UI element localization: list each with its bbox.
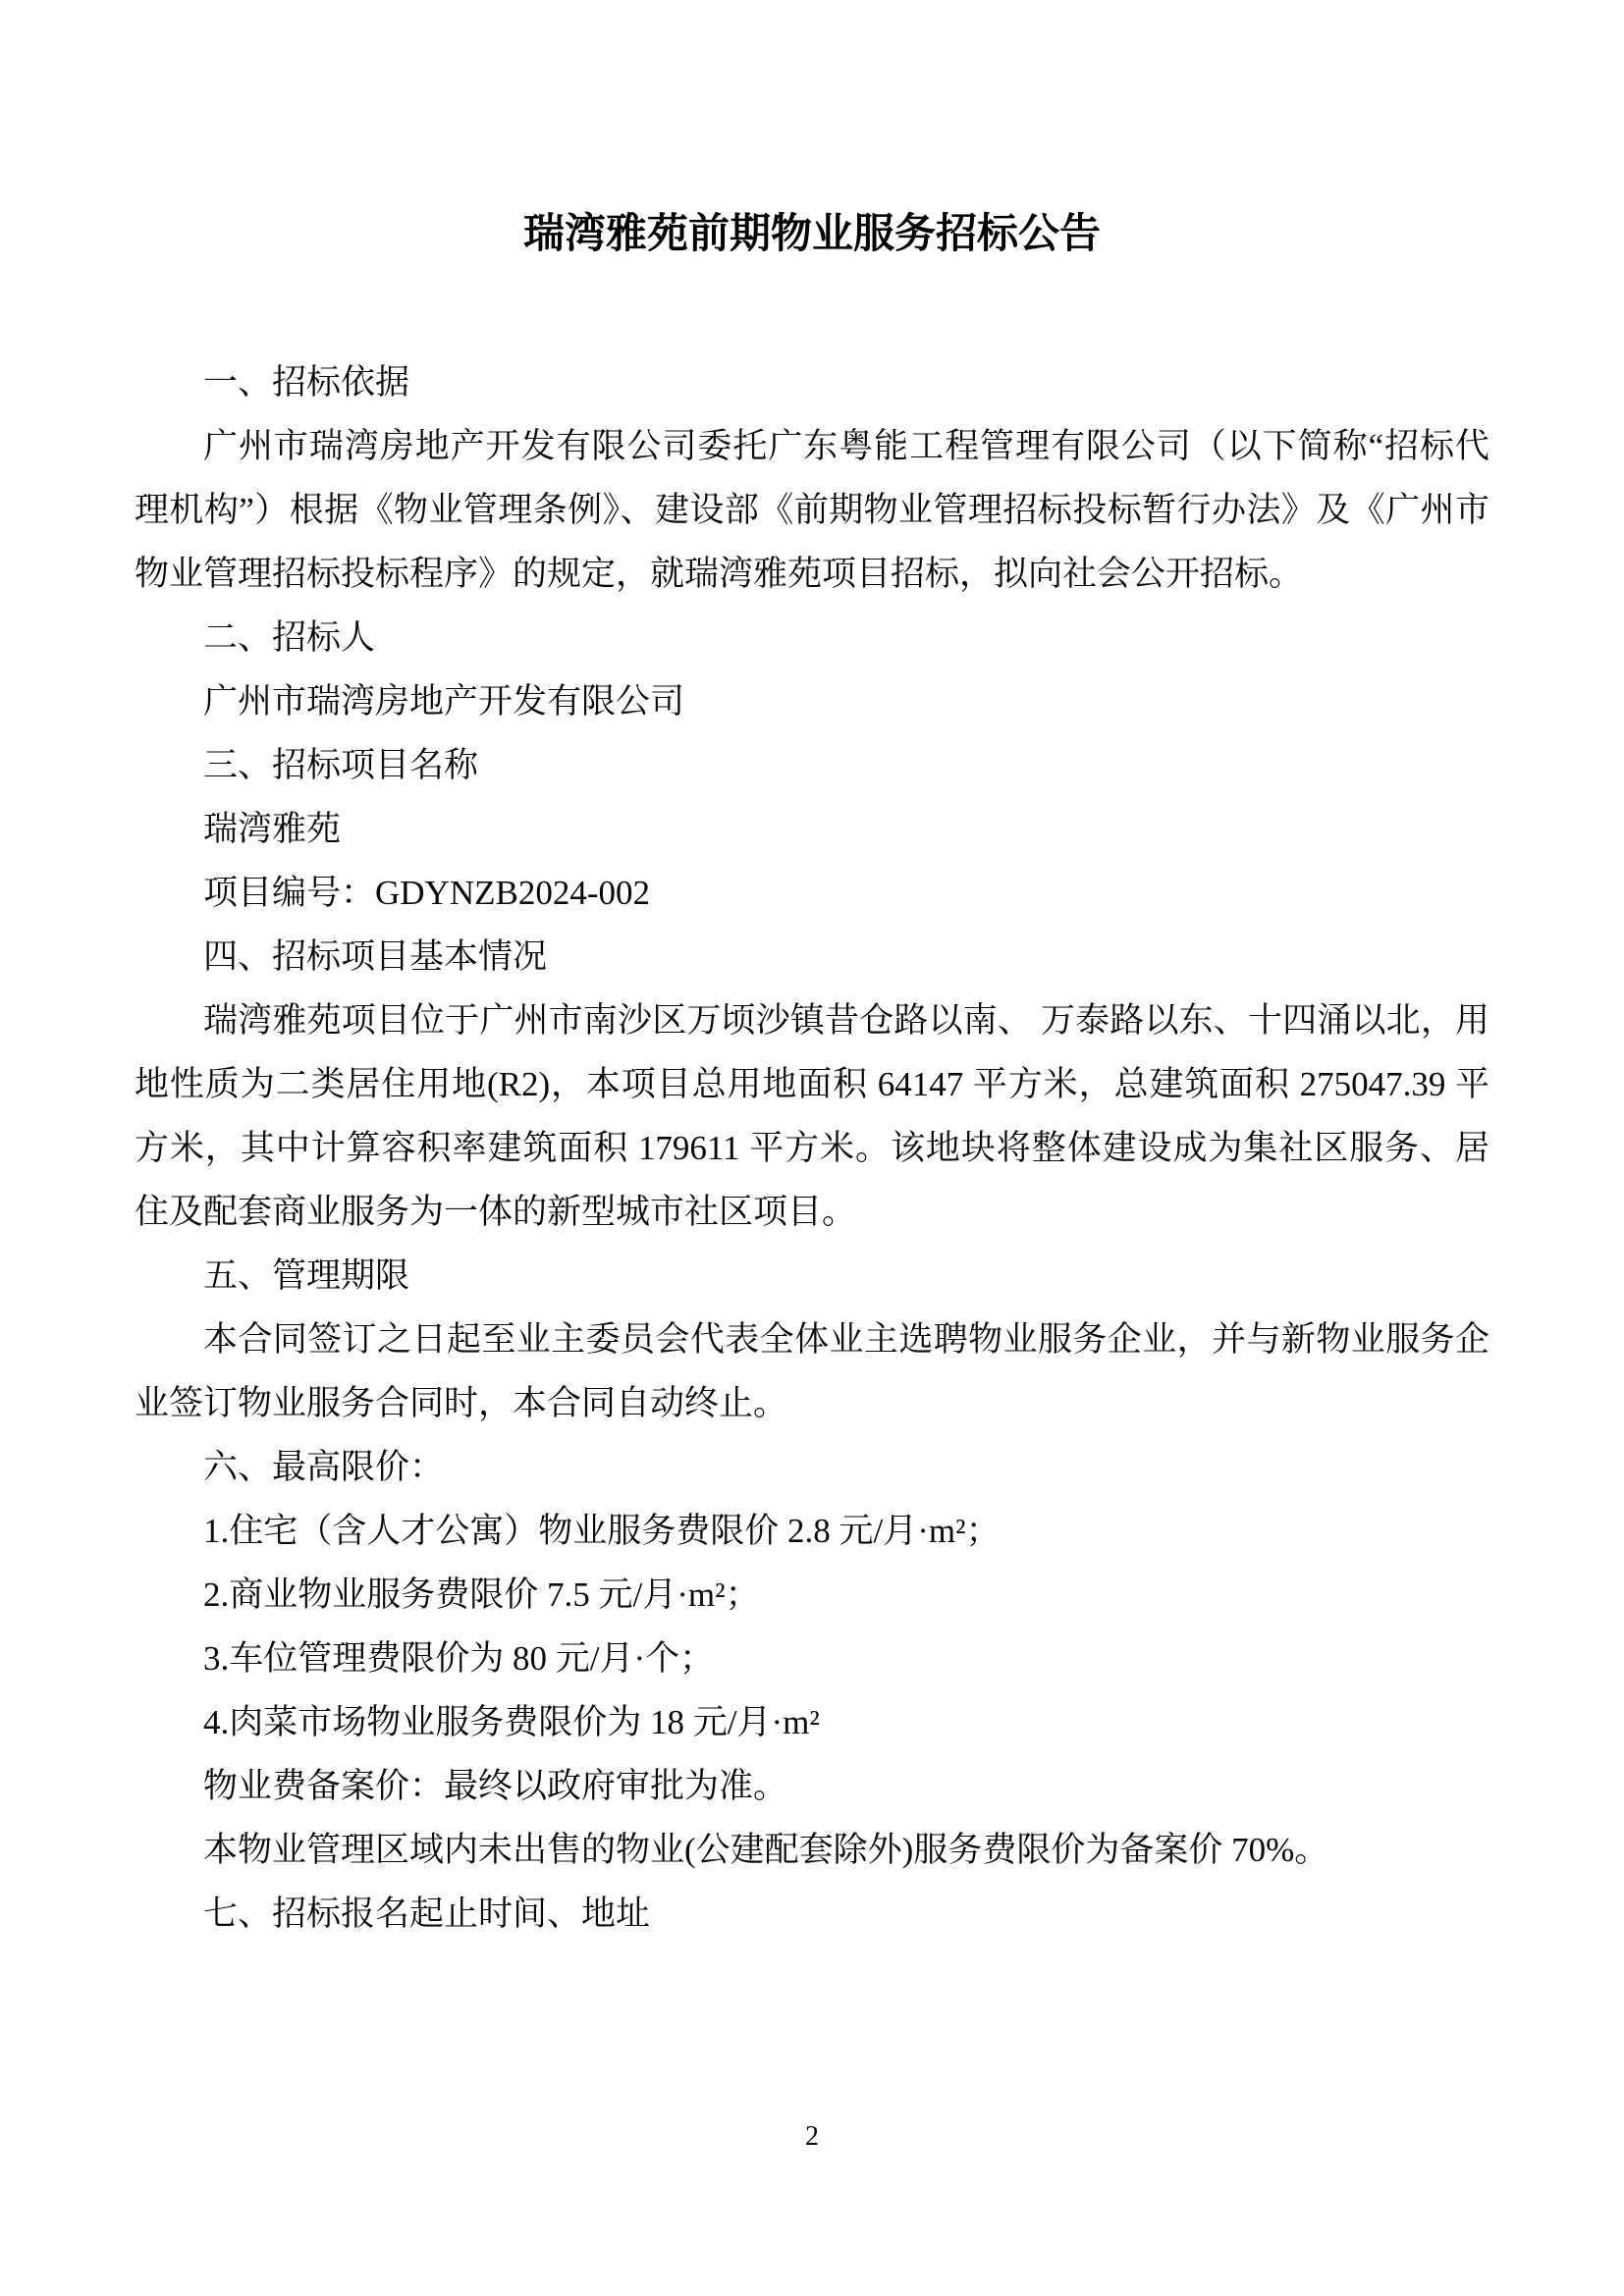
- paragraph-unsold-property-note: 本物业管理区域内未出售的物业(公建配套除外)服务费限价为备案价 70%。: [135, 1818, 1489, 1882]
- section-2-heading-tenderer: 二、招标人: [135, 606, 1489, 669]
- page-number: 2: [0, 2120, 1624, 2154]
- section-7-heading-registration-time: 七、招标报名起止时间、地址: [135, 1882, 1489, 1946]
- section-1-heading-tender-basis: 一、招标依据: [135, 350, 1489, 414]
- paragraph-price-parking: 3.车位管理费限价为 80 元/月·个；: [135, 1627, 1489, 1690]
- section-4-heading-project-overview: 四、招标项目基本情况: [135, 925, 1489, 988]
- paragraph-management-term-body: 本合同签订之日起至业主委员会代表全体业主选聘物业服务企业，并与新物业服务企业签订…: [135, 1308, 1489, 1435]
- section-5-heading-management-term: 五、管理期限: [135, 1244, 1489, 1308]
- paragraph-project-overview-body: 瑞湾雅苑项目位于广州市南沙区万顷沙镇昔仓路以南、 万泰路以东、十四涌以北，用地性…: [135, 988, 1489, 1244]
- paragraph-price-residential: 1.住宅（含人才公寓）物业服务费限价 2.8 元/月·m²；: [135, 1499, 1489, 1563]
- paragraph-tenderer-name: 广州市瑞湾房地产开发有限公司: [135, 669, 1489, 733]
- paragraph-price-market: 4.肉菜市场物业服务费限价为 18 元/月·m²: [135, 1690, 1489, 1754]
- document-page: 瑞湾雅苑前期物业服务招标公告 一、招标依据 广州市瑞湾房地产开发有限公司委托广东…: [0, 0, 1624, 2296]
- paragraph-project-name: 瑞湾雅苑: [135, 797, 1489, 861]
- paragraph-project-number: 项目编号：GDYNZB2024-002: [135, 861, 1489, 925]
- paragraph-price-commercial: 2.商业物业服务费限价 7.5 元/月·m²；: [135, 1563, 1489, 1627]
- paragraph-price-filing-note: 物业费备案价：最终以政府审批为准。: [135, 1754, 1489, 1818]
- section-6-heading-max-price: 六、最高限价：: [135, 1435, 1489, 1499]
- section-3-heading-project-name: 三、招标项目名称: [135, 733, 1489, 797]
- document-body: 瑞湾雅苑前期物业服务招标公告 一、招标依据 广州市瑞湾房地产开发有限公司委托广东…: [135, 200, 1489, 1946]
- paragraph-tender-basis-body: 广州市瑞湾房地产开发有限公司委托广东粤能工程管理有限公司（以下简称“招标代理机构…: [135, 414, 1489, 606]
- document-title: 瑞湾雅苑前期物业服务招标公告: [135, 200, 1489, 269]
